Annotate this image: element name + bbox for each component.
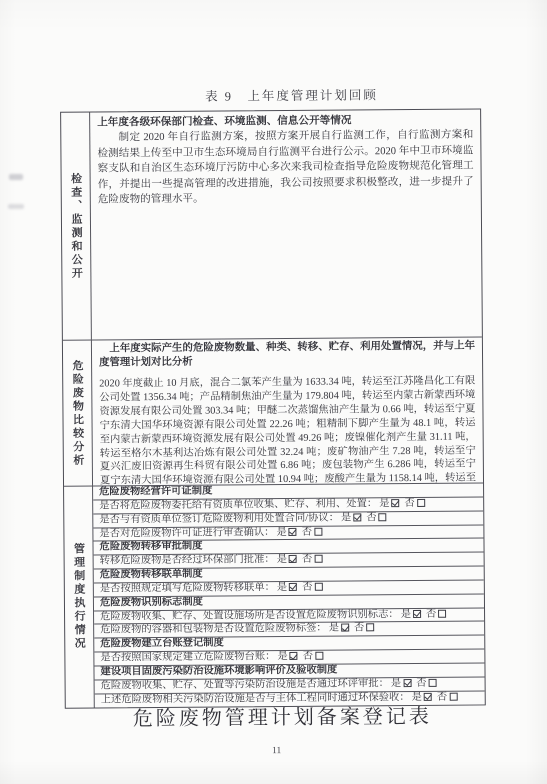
question-text: 转移危险废物是否经过环保部门批准： [100, 554, 275, 566]
yes-label: 是 [401, 609, 411, 620]
section-label-cell: 管理制度执行情况 [64, 487, 95, 708]
question-text: 危险废物收集、贮存、处置等污染防治设施是否通过环评审批： [101, 678, 389, 691]
yes-checkbox [413, 610, 421, 618]
question-text: 是否与有资质单位签订危险废物利用处置合同/协议： [99, 512, 339, 525]
no-checkbox [417, 499, 425, 507]
question-text: 是否对危险废物许可证进行审查确认： [99, 527, 274, 539]
no-label: 否 [303, 651, 313, 662]
yes-checkbox [289, 527, 297, 535]
no-label: 否 [354, 623, 364, 634]
no-checkbox [379, 513, 387, 521]
table-caption: 表 9 上年度管理计划回顾 [18, 84, 547, 106]
scanned-document-page: 表 9 上年度管理计划回顾 检查、监测和公开 上年度各级环保部门检查、环境监测、… [0, 0, 547, 784]
section-label-cell: 危险废物比较分析 [63, 341, 93, 486]
yes-checkbox [289, 555, 297, 563]
no-checkbox [438, 609, 446, 617]
no-label: 否 [416, 678, 426, 689]
no-checkbox [315, 652, 323, 660]
question-text: 是否按照规定填写危险废物转移联单： [100, 582, 275, 594]
page-number: 11 [3, 744, 547, 758]
yes-checkbox [403, 679, 411, 687]
section-label: 危险废物比较分析 [69, 359, 86, 467]
question-text: 是否将危险废物委托给有资质单位收集、贮存、利用、处置： [99, 498, 377, 511]
yes-checkbox [341, 624, 349, 632]
system-execution-rows: 危险废物经营许可证制度是否将危险废物委托给有资质单位收集、贮存、利用、处置：是否… [93, 483, 485, 707]
yes-label: 是 [391, 678, 401, 689]
question-text: 是否按照国家规定建立危险废物台账： [100, 651, 275, 663]
section-label-cell: 检查、监测和公开 [61, 113, 92, 340]
no-checkbox [366, 624, 374, 632]
no-label: 否 [426, 608, 436, 619]
yes-label: 是 [379, 498, 389, 509]
no-label: 否 [302, 554, 312, 565]
no-label: 否 [404, 498, 414, 509]
no-label: 否 [366, 512, 376, 523]
no-checkbox [314, 555, 322, 563]
yes-checkbox [353, 513, 361, 521]
no-checkbox [314, 583, 322, 591]
no-checkbox [428, 679, 436, 687]
section-content: 上年度实际产生的危险废物数量、种类、转移、贮存、利用处置情况，并与上年度管理计划… [92, 337, 483, 485]
document-title: 危险废物管理计划备案登记表 [9, 699, 547, 732]
yes-checkbox [391, 499, 399, 507]
section-inspection-monitoring-disclosure: 检查、监测和公开 上年度各级环保部门检查、环境监测、信息公开等情况 制定 202… [61, 109, 482, 340]
yes-checkbox [289, 583, 297, 591]
section-management-system-execution: 管理制度执行情况 危险废物经营许可证制度是否将危险废物委托给有资质单位收集、贮存… [64, 483, 485, 707]
document-sheet: 表 9 上年度管理计划回顾 检查、监测和公开 上年度各级环保部门检查、环境监测、… [0, 0, 547, 784]
section-content: 上年度各级环保部门检查、环境监测、信息公开等情况 制定 2020 年自行监测方案… [90, 109, 482, 339]
yes-label: 是 [329, 623, 339, 634]
section-body: 制定 2020 年自行监测方案，按照方案开展自行监测工作，自行监测方案和检测结果… [97, 128, 474, 208]
yes-label: 是 [277, 554, 287, 565]
yes-label: 是 [276, 527, 286, 538]
no-checkbox [314, 527, 322, 535]
yes-label: 是 [277, 582, 287, 593]
question-text: 危险废物收集、贮存、处置设施场所是否设置危险废物识别标志： [100, 609, 399, 622]
yes-checkbox [290, 652, 298, 660]
question-text: 危险废物的容器和包装物是否设置危险废物标签： [100, 623, 327, 636]
section-body: 2020 年度截止 10 月底，混合二氯苯产生量为 1633.34 吨，转运至江… [99, 375, 476, 486]
management-plan-review-table: 检查、监测和公开 上年度各级环保部门检查、环境监测、信息公开等情况 制定 202… [60, 108, 486, 708]
section-label: 检查、监测和公开 [68, 172, 85, 280]
section-waste-comparison-analysis: 危险废物比较分析 上年度实际产生的危险废物数量、种类、转移、贮存、利用处置情况，… [63, 337, 483, 486]
section-label: 管理制度执行情况 [70, 543, 87, 651]
no-label: 否 [302, 526, 312, 537]
section-heading: 上年度实际产生的危险废物数量、种类、转移、贮存、利用处置情况，并与上年度管理计划… [99, 340, 475, 371]
yes-label: 是 [341, 512, 351, 523]
no-label: 否 [302, 582, 312, 593]
yes-label: 是 [277, 651, 287, 662]
